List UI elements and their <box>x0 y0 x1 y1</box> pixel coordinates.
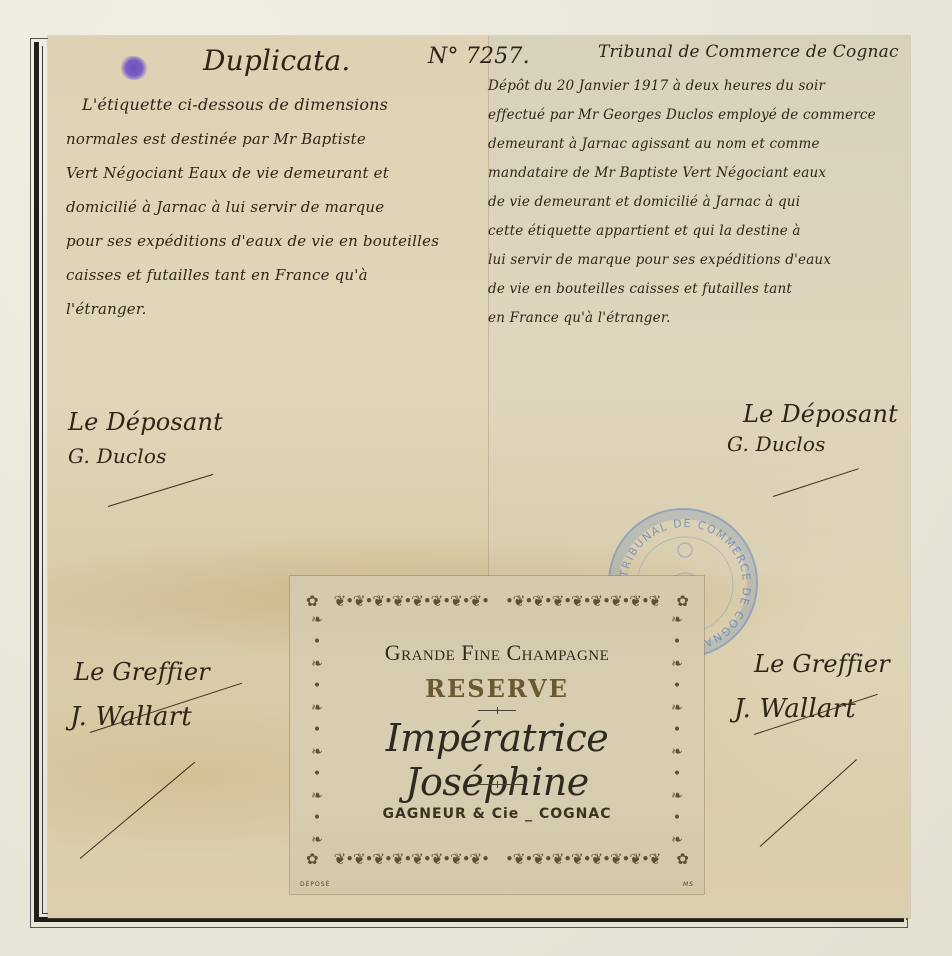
label-deposited-mark: DÉPOSÉ <box>300 881 330 888</box>
label-product-type: Grande Fine Champagne <box>290 640 704 666</box>
signature-label: Le Déposant <box>68 408 223 436</box>
laurel-border-top: ✿❦•❦•❦•❦•❦•❦•❦•❦••❦•❦•❦•❦•❦•❦•❦•❦✿ <box>306 590 688 612</box>
text-line: cette étiquette appartient et qui la des… <box>488 217 876 246</box>
signature-depositor-left: Le Déposant G. Duclos <box>68 408 223 460</box>
label-grade: RESERVE <box>290 674 704 703</box>
text-line: L'étiquette ci-dessous de dimensions <box>66 88 439 122</box>
text-line: effectué par Mr Georges Duclos employé d… <box>488 101 876 130</box>
signature-label: Le Greffier <box>754 650 890 678</box>
text-line: de vie demeurant et domicilié à Jarnac à… <box>488 188 876 217</box>
album-page: Duplicata. N° 7257. Tribunal de Commerce… <box>0 0 952 956</box>
signature-name: G. Duclos <box>68 444 223 468</box>
signature-flourish <box>108 474 213 507</box>
signature-name: J. Wallart <box>734 694 870 724</box>
document-sheet: Duplicata. N° 7257. Tribunal de Commerce… <box>48 36 910 918</box>
signature-label: Le Greffier <box>74 658 210 686</box>
court-name: Tribunal de Commerce de Cognac <box>598 42 899 62</box>
text-line: pour ses expéditions d'eaux de vie en bo… <box>66 224 439 258</box>
text-line: mandataire de Mr Baptiste Vert Négociant… <box>488 159 876 188</box>
laurel-border-bottom: ✿❦•❦•❦•❦•❦•❦•❦•❦••❦•❦•❦•❦•❦•❦•❦•❦✿ <box>306 848 688 870</box>
text-line: Vert Négociant Eaux de vie demeurant et <box>66 156 439 190</box>
signature-flourish <box>760 759 857 847</box>
signature-flourish <box>80 762 196 859</box>
signature-clerk-left: Le Greffier J. Wallart <box>74 658 210 716</box>
text-line: de vie en bouteilles caisses et futaille… <box>488 275 876 304</box>
signature-label: Le Déposant <box>743 400 898 428</box>
label-printer-mark: MS <box>683 881 694 888</box>
document-title: Duplicata. <box>203 44 351 77</box>
label-brand-name: Impératrice Joséphine <box>290 716 704 804</box>
label-producer: GAGNEUR & Cie _ COGNAC <box>290 806 704 822</box>
label-divider <box>469 784 525 785</box>
text-line: Dépôt du 20 Janvier 1917 à deux heures d… <box>488 72 876 101</box>
champagne-label: ✿❦•❦•❦•❦•❦•❦•❦•❦••❦•❦•❦•❦•❦•❦•❦•❦✿ ✿❦•❦•… <box>290 576 704 894</box>
signature-name: G. Duclos <box>727 432 882 456</box>
text-line: demeurant à Jarnac agissant au nom et co… <box>488 130 876 159</box>
text-line: lui servir de marque pour ses expédition… <box>488 246 876 275</box>
registration-number: N° 7257. <box>428 44 530 69</box>
text-line: en France qu'à l'étranger. <box>488 304 876 333</box>
label-divider <box>478 710 516 711</box>
violet-ink-stamp <box>120 56 148 80</box>
left-column-text: L'étiquette ci-dessous de dimensions nor… <box>66 88 439 326</box>
signature-clerk-right: Le Greffier J. Wallart <box>754 650 890 708</box>
text-line: caisses et futailles tant en France qu'à <box>66 258 439 292</box>
right-column-text: Dépôt du 20 Janvier 1917 à deux heures d… <box>488 72 876 333</box>
text-line: normales est destinée par Mr Baptiste <box>66 122 439 156</box>
text-line: l'étranger. <box>66 292 439 326</box>
text-line: domicilié à Jarnac à lui servir de marqu… <box>66 190 439 224</box>
signature-depositor-right: Le Déposant G. Duclos <box>743 400 898 452</box>
